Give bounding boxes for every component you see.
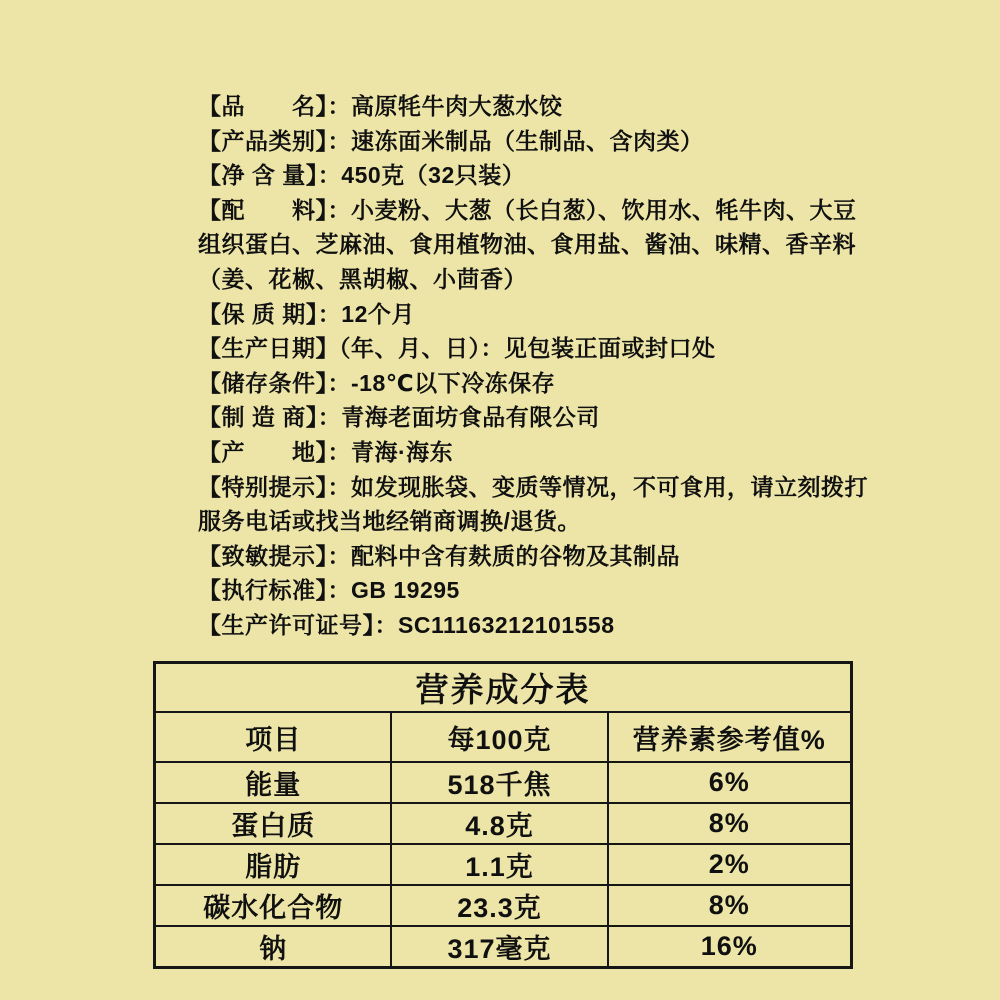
cell-nutrient: 蛋白质 bbox=[155, 803, 392, 844]
cell-nutrient: 钠 bbox=[155, 926, 392, 968]
table-row-protein: 蛋白质 4.8克 8% bbox=[155, 803, 852, 844]
cell-nutrient: 能量 bbox=[155, 762, 392, 803]
nutrition-table: 营养成分表 项目 每100克 营养素参考值% 能量 518千焦 6% 蛋白质 4… bbox=[153, 661, 853, 969]
cell-amount: 518千焦 bbox=[391, 762, 607, 803]
info-line-category: 【产品类别】：速冻面米制品（生制品、含肉类） bbox=[198, 124, 878, 159]
info-line-manufacturer: 【制 造 商】：青海老面坊食品有限公司 bbox=[198, 400, 878, 435]
table-row-fat: 脂肪 1.1克 2% bbox=[155, 844, 852, 885]
info-line-storage: 【储存条件】：-18℃以下冷冻保存 bbox=[198, 366, 878, 401]
col-header-nrv: 营养素参考值% bbox=[608, 712, 852, 762]
info-line-ingredients-cont-2: （姜、花椒、黑胡椒、小茴香） bbox=[198, 262, 878, 297]
info-line-product-name: 【品 名】：高原牦牛肉大葱水饺 bbox=[198, 89, 878, 124]
info-line-standard: 【执行标准】：GB 19295 bbox=[198, 573, 878, 608]
product-label: 【品 名】：高原牦牛肉大葱水饺 【产品类别】：速冻面米制品（生制品、含肉类） 【… bbox=[0, 0, 1000, 1000]
col-header-per-100g: 每100克 bbox=[391, 712, 607, 762]
nutrition-table-title-row: 营养成分表 bbox=[155, 663, 852, 713]
info-line-origin: 【产 地】：青海·海东 bbox=[198, 435, 878, 470]
info-line-net-weight: 【净 含 量】：450克（32只装） bbox=[198, 158, 878, 193]
product-info-section: 【品 名】：高原牦牛肉大葱水饺 【产品类别】：速冻面米制品（生制品、含肉类） 【… bbox=[198, 89, 878, 643]
nutrition-table-title: 营养成分表 bbox=[155, 663, 852, 713]
cell-amount: 23.3克 bbox=[391, 885, 607, 926]
info-line-production-date: 【生产日期】（年、月、日）：见包装正面或封口处 bbox=[198, 331, 878, 366]
info-line-ingredients-cont-1: 组织蛋白、芝麻油、食用植物油、食用盐、酱油、味精、香辛料 bbox=[198, 227, 878, 262]
cell-nutrient: 脂肪 bbox=[155, 844, 392, 885]
col-header-item: 项目 bbox=[155, 712, 392, 762]
info-line-shelf-life: 【保 质 期】：12个月 bbox=[198, 297, 878, 332]
table-row-sodium: 钠 317毫克 16% bbox=[155, 926, 852, 968]
info-line-special-note: 【特别提示】：如发现胀袋、变质等情况，不可食用，请立刻拨打 bbox=[198, 470, 878, 505]
cell-amount: 317毫克 bbox=[391, 926, 607, 968]
info-line-ingredients: 【配 料】：小麦粉、大葱（长白葱）、饮用水、牦牛肉、大豆 bbox=[198, 193, 878, 228]
info-line-special-note-cont: 服务电话或找当地经销商调换/退货。 bbox=[198, 504, 878, 539]
cell-amount: 4.8克 bbox=[391, 803, 607, 844]
cell-nutrient: 碳水化合物 bbox=[155, 885, 392, 926]
nutrition-table-header-row: 项目 每100克 营养素参考值% bbox=[155, 712, 852, 762]
cell-nrv: 16% bbox=[608, 926, 852, 968]
cell-nrv: 2% bbox=[608, 844, 852, 885]
info-line-license-no: 【生产许可证号】：SC11163212101558 bbox=[198, 608, 878, 643]
info-line-allergen-note: 【致敏提示】：配料中含有麸质的谷物及其制品 bbox=[198, 539, 878, 574]
table-row-energy: 能量 518千焦 6% bbox=[155, 762, 852, 803]
cell-nrv: 6% bbox=[608, 762, 852, 803]
cell-amount: 1.1克 bbox=[391, 844, 607, 885]
cell-nrv: 8% bbox=[608, 803, 852, 844]
table-row-carbohydrate: 碳水化合物 23.3克 8% bbox=[155, 885, 852, 926]
cell-nrv: 8% bbox=[608, 885, 852, 926]
